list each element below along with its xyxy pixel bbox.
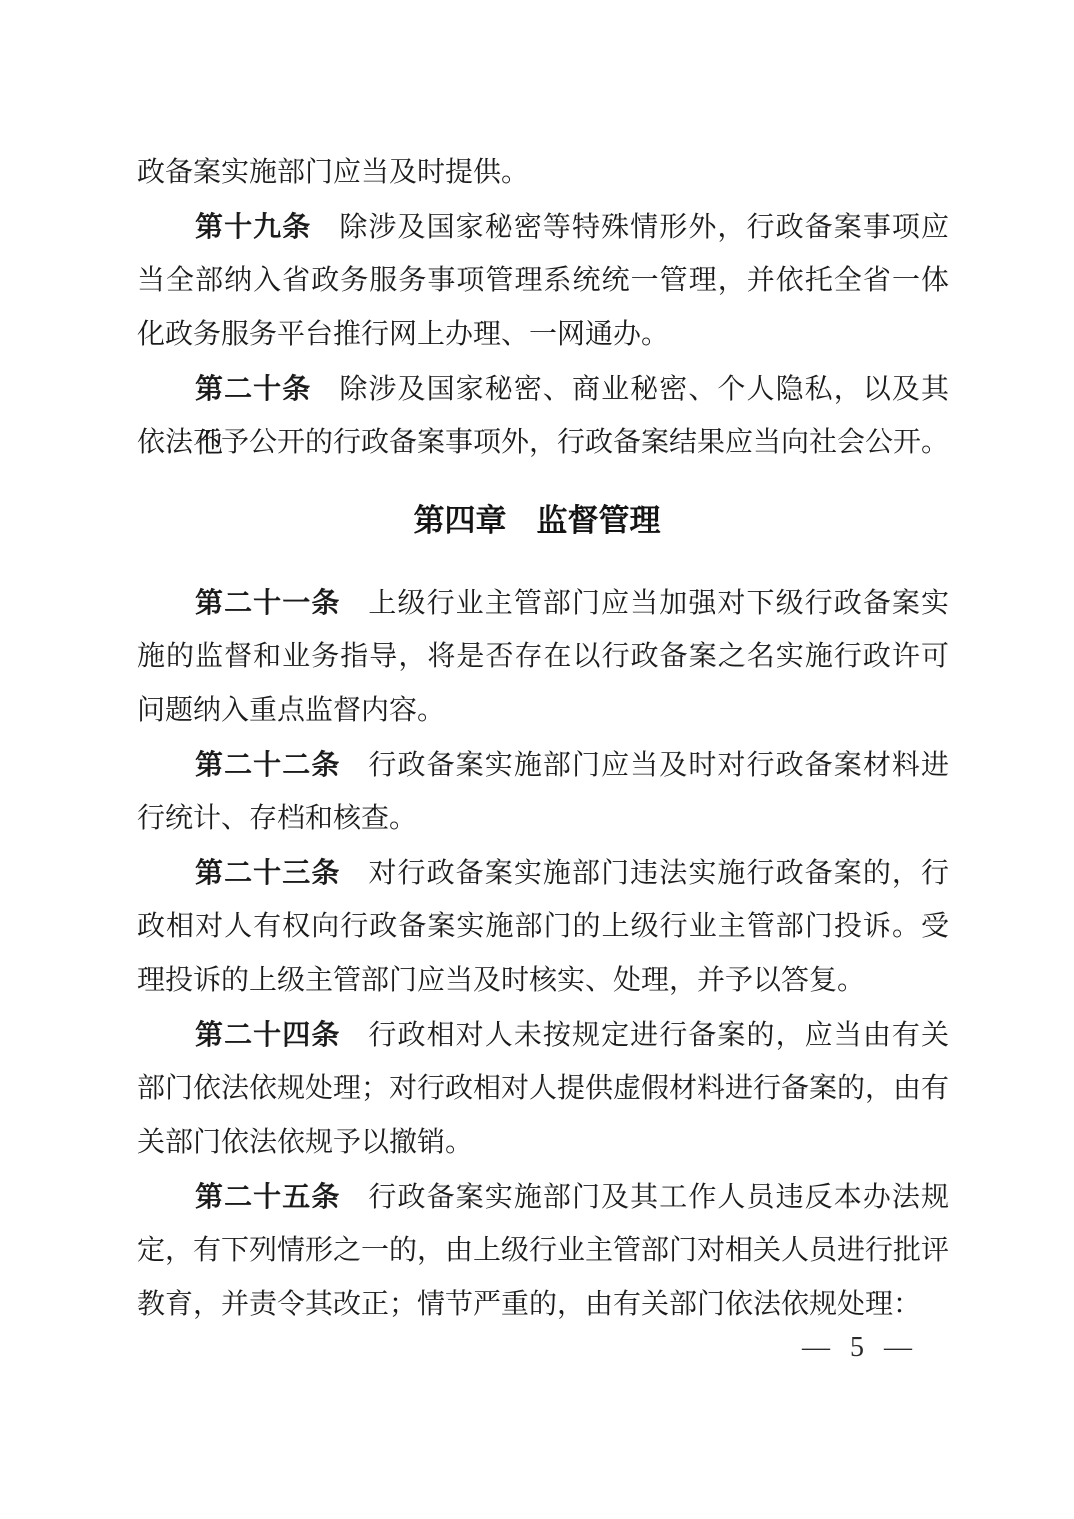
paragraph-line: 第十九条除涉及国家秘密等特殊情形外，行政备案事项应 xyxy=(137,200,949,254)
footer-dash-left: — xyxy=(802,1332,830,1364)
line-text: 上级行业主管部门应当加强对下级行政备案实 xyxy=(368,588,949,619)
chapter-heading: 第四章监督管理 xyxy=(0,492,1074,550)
chapter-number: 第四章 xyxy=(414,503,507,538)
paragraph-line: 关部门依法依规予以撤销。 xyxy=(137,1116,949,1170)
page-number-footer: — 5 — xyxy=(802,1328,912,1368)
paragraph-line: 第二十三条对行政备案实施部门违法实施行政备案的，行 xyxy=(137,846,949,900)
line-text: 部门依法依规处理；对行政相对人提供虚假材料进行备案的，由有 xyxy=(137,1073,949,1104)
paragraph-line: 第二十二条行政备案实施部门应当及时对行政备案材料进 xyxy=(137,738,949,792)
line-text: 教育，并责令其改正；情节严重的，由有关部门依法依规处理： xyxy=(137,1289,921,1320)
line-text: 行统计、存档和核查。 xyxy=(137,803,417,834)
article-number: 第二十三条 xyxy=(195,857,340,888)
text-block-upper: 政备案实施部门应当及时提供。 第十九条除涉及国家秘密等特殊情形外，行政备案事项应… xyxy=(137,146,949,470)
paragraph-line: 定，有下列情形之一的，由上级行业主管部门对相关人员进行批评 xyxy=(137,1224,949,1278)
article-number: 第二十条 xyxy=(195,373,311,404)
paragraph-line: 教育，并责令其改正；情节严重的，由有关部门依法依规处理： xyxy=(137,1278,949,1332)
paragraph-line: 第二十五条行政备案实施部门及其工作人员违反本办法规 xyxy=(137,1170,949,1224)
line-text: 理投诉的上级主管部门应当及时核实、处理，并予以答复。 xyxy=(137,965,865,996)
line-text: 除涉及国家秘密等特殊情形外，行政备案事项应 xyxy=(339,212,949,243)
line-text: 化政务服务平台推行网上办理、一网通办。 xyxy=(137,319,669,350)
line-text: 政相对人有权向行政备案实施部门的上级行业主管部门投诉。受 xyxy=(137,911,949,942)
paragraph-line: 第二十条除涉及国家秘密、商业秘密、个人隐私，以及其他 xyxy=(137,362,949,416)
line-text: 定，有下列情形之一的，由上级行业主管部门对相关人员进行批评 xyxy=(137,1235,949,1266)
article-number: 第二十二条 xyxy=(195,749,340,780)
paragraph-line: 施的监督和业务指导，将是否存在以行政备案之名实施行政许可 xyxy=(137,630,949,684)
line-text: 施的监督和业务指导，将是否存在以行政备案之名实施行政许可 xyxy=(137,641,949,672)
line-text: 行政备案实施部门及其工作人员违反本办法规 xyxy=(368,1182,949,1213)
text-block-lower: 第二十一条上级行业主管部门应当加强对下级行政备案实 施的监督和业务指导，将是否存… xyxy=(137,576,949,1332)
paragraph-line: 行统计、存档和核查。 xyxy=(137,792,949,846)
line-text: 对行政备案实施部门违法实施行政备案的，行 xyxy=(368,858,949,889)
paragraph-line: 第二十四条行政相对人未按规定进行备案的，应当由有关 xyxy=(137,1008,949,1062)
line-text: 政备案实施部门应当及时提供。 xyxy=(137,157,529,188)
article-number: 第二十一条 xyxy=(195,587,340,618)
line-text: 当全部纳入省政务服务事项管理系统统一管理，并依托全省一体 xyxy=(137,265,949,296)
paragraph-line: 政相对人有权向行政备案实施部门的上级行业主管部门投诉。受 xyxy=(137,900,949,954)
paragraph-line: 当全部纳入省政务服务事项管理系统统一管理，并依托全省一体 xyxy=(137,254,949,308)
chapter-title: 监督管理 xyxy=(537,503,661,538)
line-text: 依法不予公开的行政备案事项外，行政备案结果应当向社会公开。 xyxy=(137,427,949,458)
footer-page-number: 5 xyxy=(850,1332,864,1364)
article-number: 第二十五条 xyxy=(195,1181,340,1212)
line-text: 行政备案实施部门应当及时对行政备案材料进 xyxy=(368,750,949,781)
line-text: 问题纳入重点监督内容。 xyxy=(137,695,445,726)
article-number: 第十九条 xyxy=(195,211,311,242)
paragraph-line: 理投诉的上级主管部门应当及时核实、处理，并予以答复。 xyxy=(137,954,949,1008)
line-text: 行政相对人未按规定进行备案的，应当由有关 xyxy=(368,1020,949,1051)
footer-dash-right: — xyxy=(884,1332,912,1364)
paragraph-line: 政备案实施部门应当及时提供。 xyxy=(137,146,949,200)
paragraph-line: 依法不予公开的行政备案事项外，行政备案结果应当向社会公开。 xyxy=(137,416,949,470)
paragraph-line: 第二十一条上级行业主管部门应当加强对下级行政备案实 xyxy=(137,576,949,630)
document-page: 政备案实施部门应当及时提供。 第十九条除涉及国家秘密等特殊情形外，行政备案事项应… xyxy=(0,0,1074,1519)
article-number: 第二十四条 xyxy=(195,1019,340,1050)
paragraph-line: 部门依法依规处理；对行政相对人提供虚假材料进行备案的，由有 xyxy=(137,1062,949,1116)
paragraph-line: 问题纳入重点监督内容。 xyxy=(137,684,949,738)
line-text: 关部门依法依规予以撤销。 xyxy=(137,1127,473,1158)
paragraph-line: 化政务服务平台推行网上办理、一网通办。 xyxy=(137,308,949,362)
